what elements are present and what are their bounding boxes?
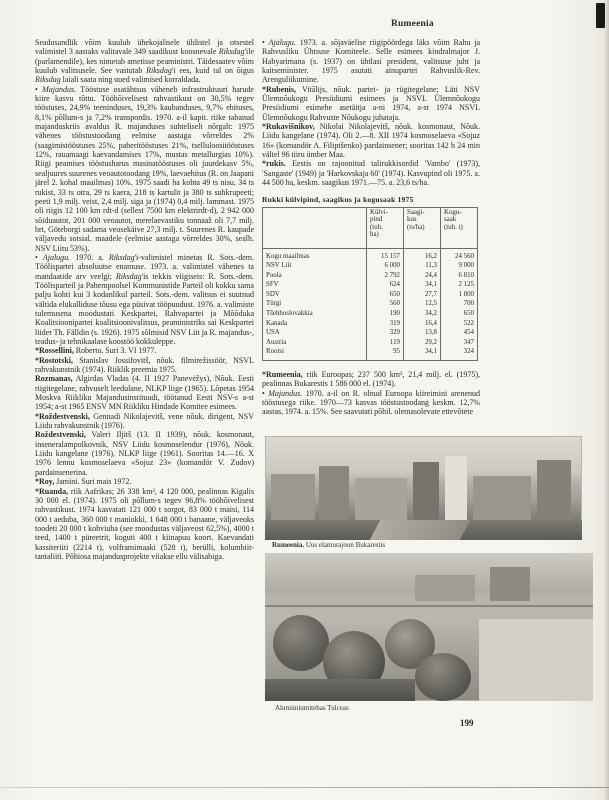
table-cell-value: 34,1: [404, 347, 441, 360]
scan-bottom-line: [0, 787, 609, 788]
table-cell-value: 650: [367, 290, 404, 300]
text-run: Jamini. Suri mais 1972.: [54, 477, 131, 486]
table-row-label: USA: [263, 328, 367, 338]
table-row-label: Tšehhoslovakkia: [263, 309, 367, 319]
table-cell-value: 29,2: [404, 338, 441, 348]
table-cell-value: 522: [441, 319, 478, 329]
table-cell-value: 13,8: [404, 328, 441, 338]
text-run: *Roy,: [35, 477, 54, 486]
text-run: Rozmanas,: [35, 374, 73, 383]
table-row-label: SFV: [263, 280, 367, 290]
table-cell-value: 6 000: [367, 261, 404, 271]
paragraph: *rukis. Eestis on rajoonitud talirukkiso…: [262, 159, 480, 187]
photo-caption-bucharest: Rumeenia. Uus elamurajoon Bukarestis: [272, 541, 385, 549]
table-row: Austria11929,2347: [263, 338, 478, 348]
photo-building: [479, 619, 593, 701]
right-column-top-paragraphs: • Ajalugu. 1973. a. sõjaväelise riigipöö…: [262, 38, 480, 188]
text-run: Eestis on rajoonitud talirukkisordid 'Va…: [262, 159, 480, 187]
paragraph: *Roy, Jamini. Suri mais 1972.: [35, 477, 254, 486]
table-row-label: Türgi: [263, 299, 367, 309]
table-column-header: Kogu- saak (tuh. t): [441, 207, 478, 248]
text-run: 1970. a.: [70, 253, 109, 262]
table-cell-value: 1 800: [441, 290, 478, 300]
text-run: •: [35, 253, 43, 262]
table-cell-value: 95: [367, 347, 404, 360]
table-cell-value: 15 157: [367, 248, 404, 261]
table-cell-value: 347: [441, 338, 478, 348]
table-cell-value: 324: [441, 347, 478, 360]
photo-tulcea-aluminium-works: [265, 553, 593, 701]
photo-shape: [319, 466, 349, 520]
table-column-header: Külvi- pind (tuh. ha): [367, 207, 404, 248]
rye-statistics-table: Külvi- pind (tuh. ha)Saagi- kus (ts/ha)K…: [262, 207, 478, 362]
table-row-label: Poola: [263, 271, 367, 281]
table-header-row: Külvi- pind (tuh. ha)Saagi- kus (ts/ha)K…: [263, 207, 478, 248]
table-row: Tšehhoslovakkia19034,2650: [263, 309, 478, 319]
photo-shape: [473, 476, 531, 520]
photo-tank: [415, 653, 471, 701]
table-cell-value: 560: [367, 299, 404, 309]
photo-road: [370, 520, 471, 540]
table-cell-value: 34,2: [404, 309, 441, 319]
text-run: Riksdag: [109, 253, 135, 262]
text-run: Roždestvenski,: [35, 430, 86, 439]
table-row: Poola2 79224,46 810: [263, 271, 478, 281]
paragraph: *Rossellini, Roberto. Suri 3. VI 1977.: [35, 346, 254, 355]
table-cell-value: 119: [367, 338, 404, 348]
text-run: *Rumeenia,: [262, 370, 303, 379]
caption-lead: Rumeenia.: [272, 541, 304, 549]
table-row: USA32913,8454: [263, 328, 478, 338]
photo-yard-line: [265, 605, 593, 607]
photo-tank: [273, 615, 329, 671]
text-run: Ajalugu.: [269, 38, 296, 47]
right-text-column: • Ajalugu. 1973. a. sõjaväelise riigipöö…: [262, 38, 480, 417]
photo-shape: [490, 567, 530, 601]
photo-shape: [355, 478, 407, 520]
table-cell-value: 454: [441, 328, 478, 338]
text-run: Riksdag: [146, 66, 172, 75]
paragraph: *Ruanda, riik Aafrikas; 26 338 km², 4 12…: [35, 487, 254, 562]
text-run: Roberto. Suri 3. VI 1977.: [74, 346, 156, 355]
photo-foreground: [265, 679, 415, 701]
text-run: Ajalugu.: [43, 253, 70, 262]
table-cell-value: 34,1: [404, 280, 441, 290]
paragraph: • Ajalugu. 1973. a. sõjaväelise riigipöö…: [262, 38, 480, 85]
text-run: Riksdag: [35, 75, 61, 84]
table-row: Rootsi9534,1324: [263, 347, 478, 360]
text-run: 'i ees, kuid tal on õigus: [172, 66, 254, 75]
page-number: 199: [460, 718, 474, 728]
table-body: Kogu maailmas15 15716,224 560NSV Liit6 0…: [263, 248, 478, 361]
paragraph: Roždestvenski, Valeri Iljitš (13. II 193…: [35, 430, 254, 477]
table-cell-value: 27,7: [404, 290, 441, 300]
left-text-column: Seadusandlik võim kuulub ühekojalisele ü…: [35, 38, 254, 561]
text-run: *rukis.: [262, 159, 286, 168]
table-row: SDV65027,71 800: [263, 290, 478, 300]
table-cell-value: 650: [441, 309, 478, 319]
table-row-label: NSV Liit: [263, 261, 367, 271]
table-row-label: Austria: [263, 338, 367, 348]
text-run: *Roždestvenski,: [35, 412, 90, 421]
table-row-label: SDV: [263, 290, 367, 300]
table-cell-value: 329: [367, 328, 404, 338]
photo-shape: [537, 460, 571, 520]
text-run: Majandus.: [42, 85, 76, 94]
paragraph: *Rukavišnikov, Nikolai Nikolajevitš, nõu…: [262, 122, 480, 159]
table-cell-value: 16,2: [404, 248, 441, 261]
table-corner-cell: [263, 207, 367, 248]
text-run: 'is tekkis viigiseis: R. Sots.-dem. Tööl…: [35, 272, 254, 346]
table-row: NSV Liit6 00011,39 000: [263, 261, 478, 271]
table-row: Kogu maailmas15 15716,224 560: [263, 248, 478, 261]
paragraph: Rozmanas, Algirdas Vladas (4. II 1927 Pa…: [35, 374, 254, 411]
caption-text: Alumiiniumitehas Tulceas: [275, 704, 349, 712]
table-cell-value: 624: [367, 280, 404, 290]
table-column-header: Saagi- kus (ts/ha): [404, 207, 441, 248]
table-cell-value: 700: [441, 299, 478, 309]
text-run: riik Aafrikas; 26 338 km², 4 120 000, pe…: [35, 487, 254, 561]
photo-shape: [413, 462, 439, 520]
table-row-label: Rootsi: [263, 347, 367, 360]
photo-shape: [445, 456, 467, 522]
table-row-label: Kanada: [263, 319, 367, 329]
text-run: Majandus.: [268, 389, 302, 398]
photo-bucharest-housing: [265, 436, 582, 540]
table-cell-value: 12,5: [404, 299, 441, 309]
photo-caption-tulcea: Alumiiniumitehas Tulceas: [275, 704, 349, 712]
text-run: •: [262, 38, 269, 47]
table-cell-value: 2 792: [367, 271, 404, 281]
paragraph: *Rubenis, Vitālijs, nõuk. partei- ja rii…: [262, 85, 480, 122]
text-run: Riksdag: [219, 47, 245, 56]
table-row: SFV62434,12 125: [263, 280, 478, 290]
photo-shape: [271, 474, 315, 520]
table-row: Kanada31916,4522: [263, 319, 478, 329]
table-cell-value: 6 810: [441, 271, 478, 281]
photo-shape: [415, 575, 475, 601]
table-row-label: Kogu maailmas: [263, 248, 367, 261]
table-title: Rukki külvipind, saagikus ja kogusaak 19…: [262, 195, 480, 204]
text-run: Tööstuse osatähtsus väheneb infrastruktu…: [35, 85, 254, 253]
table-cell-value: 319: [367, 319, 404, 329]
running-head: Rumeenia: [391, 19, 434, 29]
table-cell-value: 11,3: [404, 261, 441, 271]
table-row: Türgi56012,5700: [263, 299, 478, 309]
table-cell-value: 24,4: [404, 271, 441, 281]
text-run: *Rossellini,: [35, 346, 74, 355]
caption-text: Uus elamurajoon Bukarestis: [304, 541, 385, 549]
paragraph: Seadusandlik võim kuulub ühekojalisele ü…: [35, 38, 254, 85]
text-run: *Rukavišnikov,: [262, 122, 315, 131]
paragraph: • Majandus. Tööstuse osatähtsus väheneb …: [35, 85, 254, 253]
paragraph: • Ajalugu. 1970. a. Riksdag'i-valimistel…: [35, 253, 254, 346]
paragraph: • Majandus. 1970. a-il on R. olnud Euroo…: [262, 389, 480, 417]
text-run: *Rostotski,: [35, 356, 73, 365]
encyclopedia-page: Rumeenia Seadusandlik võim kuulub ühekoj…: [0, 0, 609, 800]
paragraph: *Rumeenia, riik Euroopas; 237 500 km², 2…: [262, 370, 480, 389]
paragraph: *Roždestvenski, Gennadi Nikolajevitš, ve…: [35, 412, 254, 431]
text-run: laiali saata ning uued valimised korrald…: [61, 75, 201, 84]
text-run: *Rubenis,: [262, 85, 296, 94]
table-cell-value: 190: [367, 309, 404, 319]
paragraph: *Rostotski, Stanislav Jossifovitš, nõuk.…: [35, 356, 254, 375]
table-cell-value: 9 000: [441, 261, 478, 271]
table-cell-value: 24 560: [441, 248, 478, 261]
text-run: *Ruanda,: [35, 487, 68, 496]
right-column-bottom-paragraphs: *Rumeenia, riik Euroopas; 237 500 km², 2…: [262, 370, 480, 417]
scan-edge-shadow: [604, 0, 609, 800]
table-cell-value: 16,4: [404, 319, 441, 329]
table-cell-value: 2 125: [441, 280, 478, 290]
text-run: Riksdag: [116, 272, 142, 281]
